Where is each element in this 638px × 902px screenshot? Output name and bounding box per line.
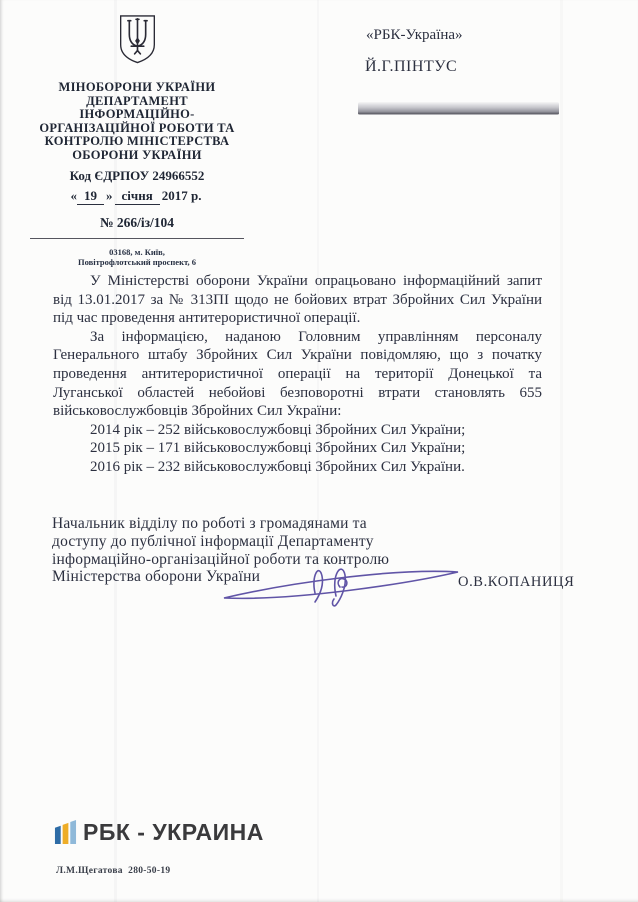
letterhead-address: 03168, м. Київ, Повітрофлотський проспек… [30,247,244,267]
letterhead-divider [30,238,244,239]
org-line: ДЕПАРТАМЕНТ [30,95,244,109]
ukraine-trident-emblem-icon [117,14,158,64]
addressee-company: «РБК-Україна» [366,27,463,44]
handwritten-signature-ink [218,556,466,610]
signer-name: О.В.КОПАНИЦЯ [458,574,574,591]
rbc-logo-text: РБК - УКРАИНА [83,819,264,845]
org-line: ОБОРОНИ УКРАЇНИ [30,149,244,163]
edrpou-code: Код ЄДРПОУ 24966552 [30,168,244,184]
signer-title-line: Начальник відділу по роботі з громадянам… [52,515,472,533]
document-number: № 266/із/104 [30,215,244,231]
letterhead: МІНОБОРОНИ УКРАЇНИ ДЕПАРТАМЕНТ ІНФОРМАЦІ… [30,14,244,267]
addressee-person: Й.Г.ПІНТУС [365,58,457,76]
org-line: КОНТРОЛЮ МІНІСТЕРСТВА [30,135,244,149]
redacted-contact-bar [358,102,559,115]
letter-date: «19»січня2017 р. [30,188,244,205]
quote-close: » [106,188,113,203]
losses-2015: 2015 рік – 171 військовослужбовці Збройн… [53,439,542,458]
address-line: 03168, м. Київ, [30,247,244,257]
date-month: січня [115,188,160,205]
scan-artifact-line [560,0,563,902]
losses-list: 2014 рік – 252 військовослужбовці Збройн… [53,421,542,477]
signer-title-line: доступу до публічної інформації Департам… [52,533,472,551]
org-line: ІНФОРМАЦІЙНО- [30,108,244,122]
rbc-ukraine-logo: РБК - УКРАИНА [54,819,264,845]
letter-body: У Міністерстві оборони України опрацьова… [53,272,542,477]
rbc-logo-bars-icon [54,819,77,845]
scanned-letter-page: МІНОБОРОНИ УКРАЇНИ ДЕПАРТАМЕНТ ІНФОРМАЦІ… [0,0,638,902]
address-line: Повітрофлотський проспект, 6 [30,257,244,267]
body-paragraph-2: За інформацією, наданою Головним управлі… [53,328,542,421]
executor-note: Л.М.Щегатова 280-50-19 [56,866,170,876]
losses-2014: 2014 рік – 252 військовослужбовці Збройн… [53,421,542,440]
body-paragraph-1: У Міністерстві оборони України опрацьова… [53,272,542,328]
org-line: МІНОБОРОНИ УКРАЇНИ [30,81,244,95]
date-day: 19 [77,188,104,205]
date-year: 2017 р. [162,188,202,203]
org-line: ОРГАНІЗАЦІЙНОЇ РОБОТИ ТА [30,122,244,136]
letterhead-org-name: МІНОБОРОНИ УКРАЇНИ ДЕПАРТАМЕНТ ІНФОРМАЦІ… [30,81,244,163]
losses-2016: 2016 рік – 232 військовослужбовці Збройн… [53,458,542,477]
